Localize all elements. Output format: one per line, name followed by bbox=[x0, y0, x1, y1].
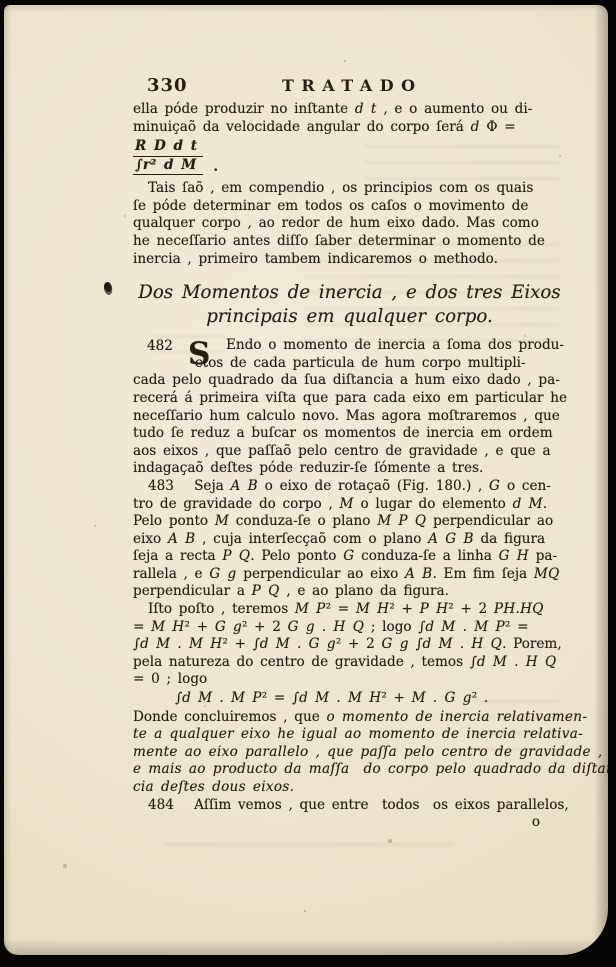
text-line: aos eixos , que paſſaõ pelo centro de gr… bbox=[133, 443, 566, 461]
text-line: ſe póde determinar em todos os caſos o m… bbox=[133, 198, 566, 216]
text-line: rallela , e G g perpendicular ao eixo A … bbox=[133, 566, 566, 584]
running-title: TRATADO bbox=[133, 76, 564, 95]
text-line: tudo ſe reduz a buſcar os momentos de in… bbox=[133, 425, 566, 443]
text-line: ella póde produzir no inſtante d t , e o… bbox=[133, 101, 566, 119]
drop-cap: S bbox=[188, 338, 210, 370]
paragraph-derivation: Iſto poſto , teremos M P² = M H² + P H² … bbox=[133, 601, 566, 708]
formula-line: = 0 ; logo bbox=[133, 671, 566, 689]
text-line: ſeja a recta P Q. Pelo ponto G conduza-ſ… bbox=[133, 548, 566, 566]
text-line: he neceſſario antes diſſo ſaber determin… bbox=[133, 233, 566, 251]
text-line: cia deſtes dous eixos. bbox=[133, 779, 566, 797]
fraction-numerator: R D d t bbox=[133, 138, 203, 157]
ink-blot bbox=[103, 282, 113, 296]
display-formula: ∫d M . M P² = ∫d M . M H² + M . G g² . bbox=[133, 690, 566, 708]
section-number: 482 bbox=[147, 338, 173, 356]
paragraph-compendio: Tais ſaõ , em compendio , os principios … bbox=[133, 180, 566, 268]
paragraph-484: 484 Aſſim vemos , que entre todos os eix… bbox=[133, 797, 566, 815]
formula-line: ∫d M . M H² + ∫d M . G g² + 2 G g ∫d M .… bbox=[133, 636, 566, 654]
text-line: minuiçaõ da velocidade angular do corpo … bbox=[133, 119, 566, 137]
paragraph-conclusion: Donde concluiremos , que o momento de in… bbox=[133, 709, 566, 797]
heading-line: Dos Momentos de inercia , e dos tres Eix… bbox=[133, 281, 566, 305]
formula-line: pela natureza do centro de gravidade , t… bbox=[133, 654, 566, 672]
text-line: perpendicular a P Q , e ao plano da figu… bbox=[133, 583, 566, 601]
text-line: eixo A B , cuja interſecçaõ com o plano … bbox=[133, 531, 566, 549]
paragraph-continuation: ella póde produzir no inſtante d t , e o… bbox=[133, 101, 566, 136]
text-line: qualquer corpo , ao redor de hum eixo da… bbox=[133, 215, 566, 233]
text-line: Pelo ponto M conduza-ſe o plano M P Q pe… bbox=[133, 513, 566, 531]
fraction-denominator: ∫r² d M bbox=[133, 157, 203, 176]
formula-line: = M H² + G g² + 2 G g . H Q ; logo ∫d M … bbox=[133, 619, 566, 637]
text-line: cada pelo quadrado da ſua diſtancia a hu… bbox=[133, 372, 566, 390]
formula-line: Iſto poſto , teremos M P² = M H² + P H² … bbox=[133, 601, 566, 619]
heading-line: principais em qualquer corpo. bbox=[133, 305, 566, 329]
paragraph-482: 482 S Endo o momento de inercia a ſoma d… bbox=[133, 337, 566, 478]
text-line: inercia , primeiro tambem indicaremos o … bbox=[133, 251, 566, 269]
text-line: mente ao eixo parallelo , que paſſa pelo… bbox=[133, 744, 566, 762]
section-heading: Dos Momentos de inercia , e dos tres Eix… bbox=[133, 281, 566, 328]
page-header: 330 TRATADO bbox=[133, 75, 564, 97]
paper-speckles bbox=[4, 5, 6, 7]
text-line: 483 Seja A B o eixo de rotaçaõ (Fig. 180… bbox=[133, 478, 566, 496]
text-line: neceſſario hum calculo novo. Mas agora m… bbox=[133, 408, 566, 426]
book-page-scan: 330 TRATADO ella póde produzir no inſtan… bbox=[4, 5, 608, 955]
catchword: o bbox=[133, 814, 566, 831]
text-line: te a qualquer eixo he igual ao momento d… bbox=[133, 726, 566, 744]
text-line: Tais ſaõ , em compendio , os principios … bbox=[133, 180, 566, 198]
bleedthrough-smudge bbox=[164, 843, 454, 859]
text-line: Donde concluiremos , que o momento de in… bbox=[133, 709, 566, 727]
formula-fraction: R D d t ∫r² d M . bbox=[133, 138, 566, 175]
text-line: e mais ao producto da maſſa do corpo pel… bbox=[133, 761, 566, 779]
text-line: tro de gravidade do corpo , M o lugar do… bbox=[133, 496, 566, 514]
text-line: 484 Aſſim vemos , que entre todos os eix… bbox=[133, 797, 566, 815]
text-block: ella póde produzir no inſtante d t , e o… bbox=[133, 101, 566, 831]
text-line: indagaçaõ deſtes póde reduzir-ſe ſómente… bbox=[133, 460, 566, 478]
text-line: recerá á primeira viſta que para cada ei… bbox=[133, 390, 566, 408]
fraction-period: . bbox=[213, 159, 218, 175]
paragraph-483: 483 Seja A B o eixo de rotaçaõ (Fig. 180… bbox=[133, 478, 566, 601]
